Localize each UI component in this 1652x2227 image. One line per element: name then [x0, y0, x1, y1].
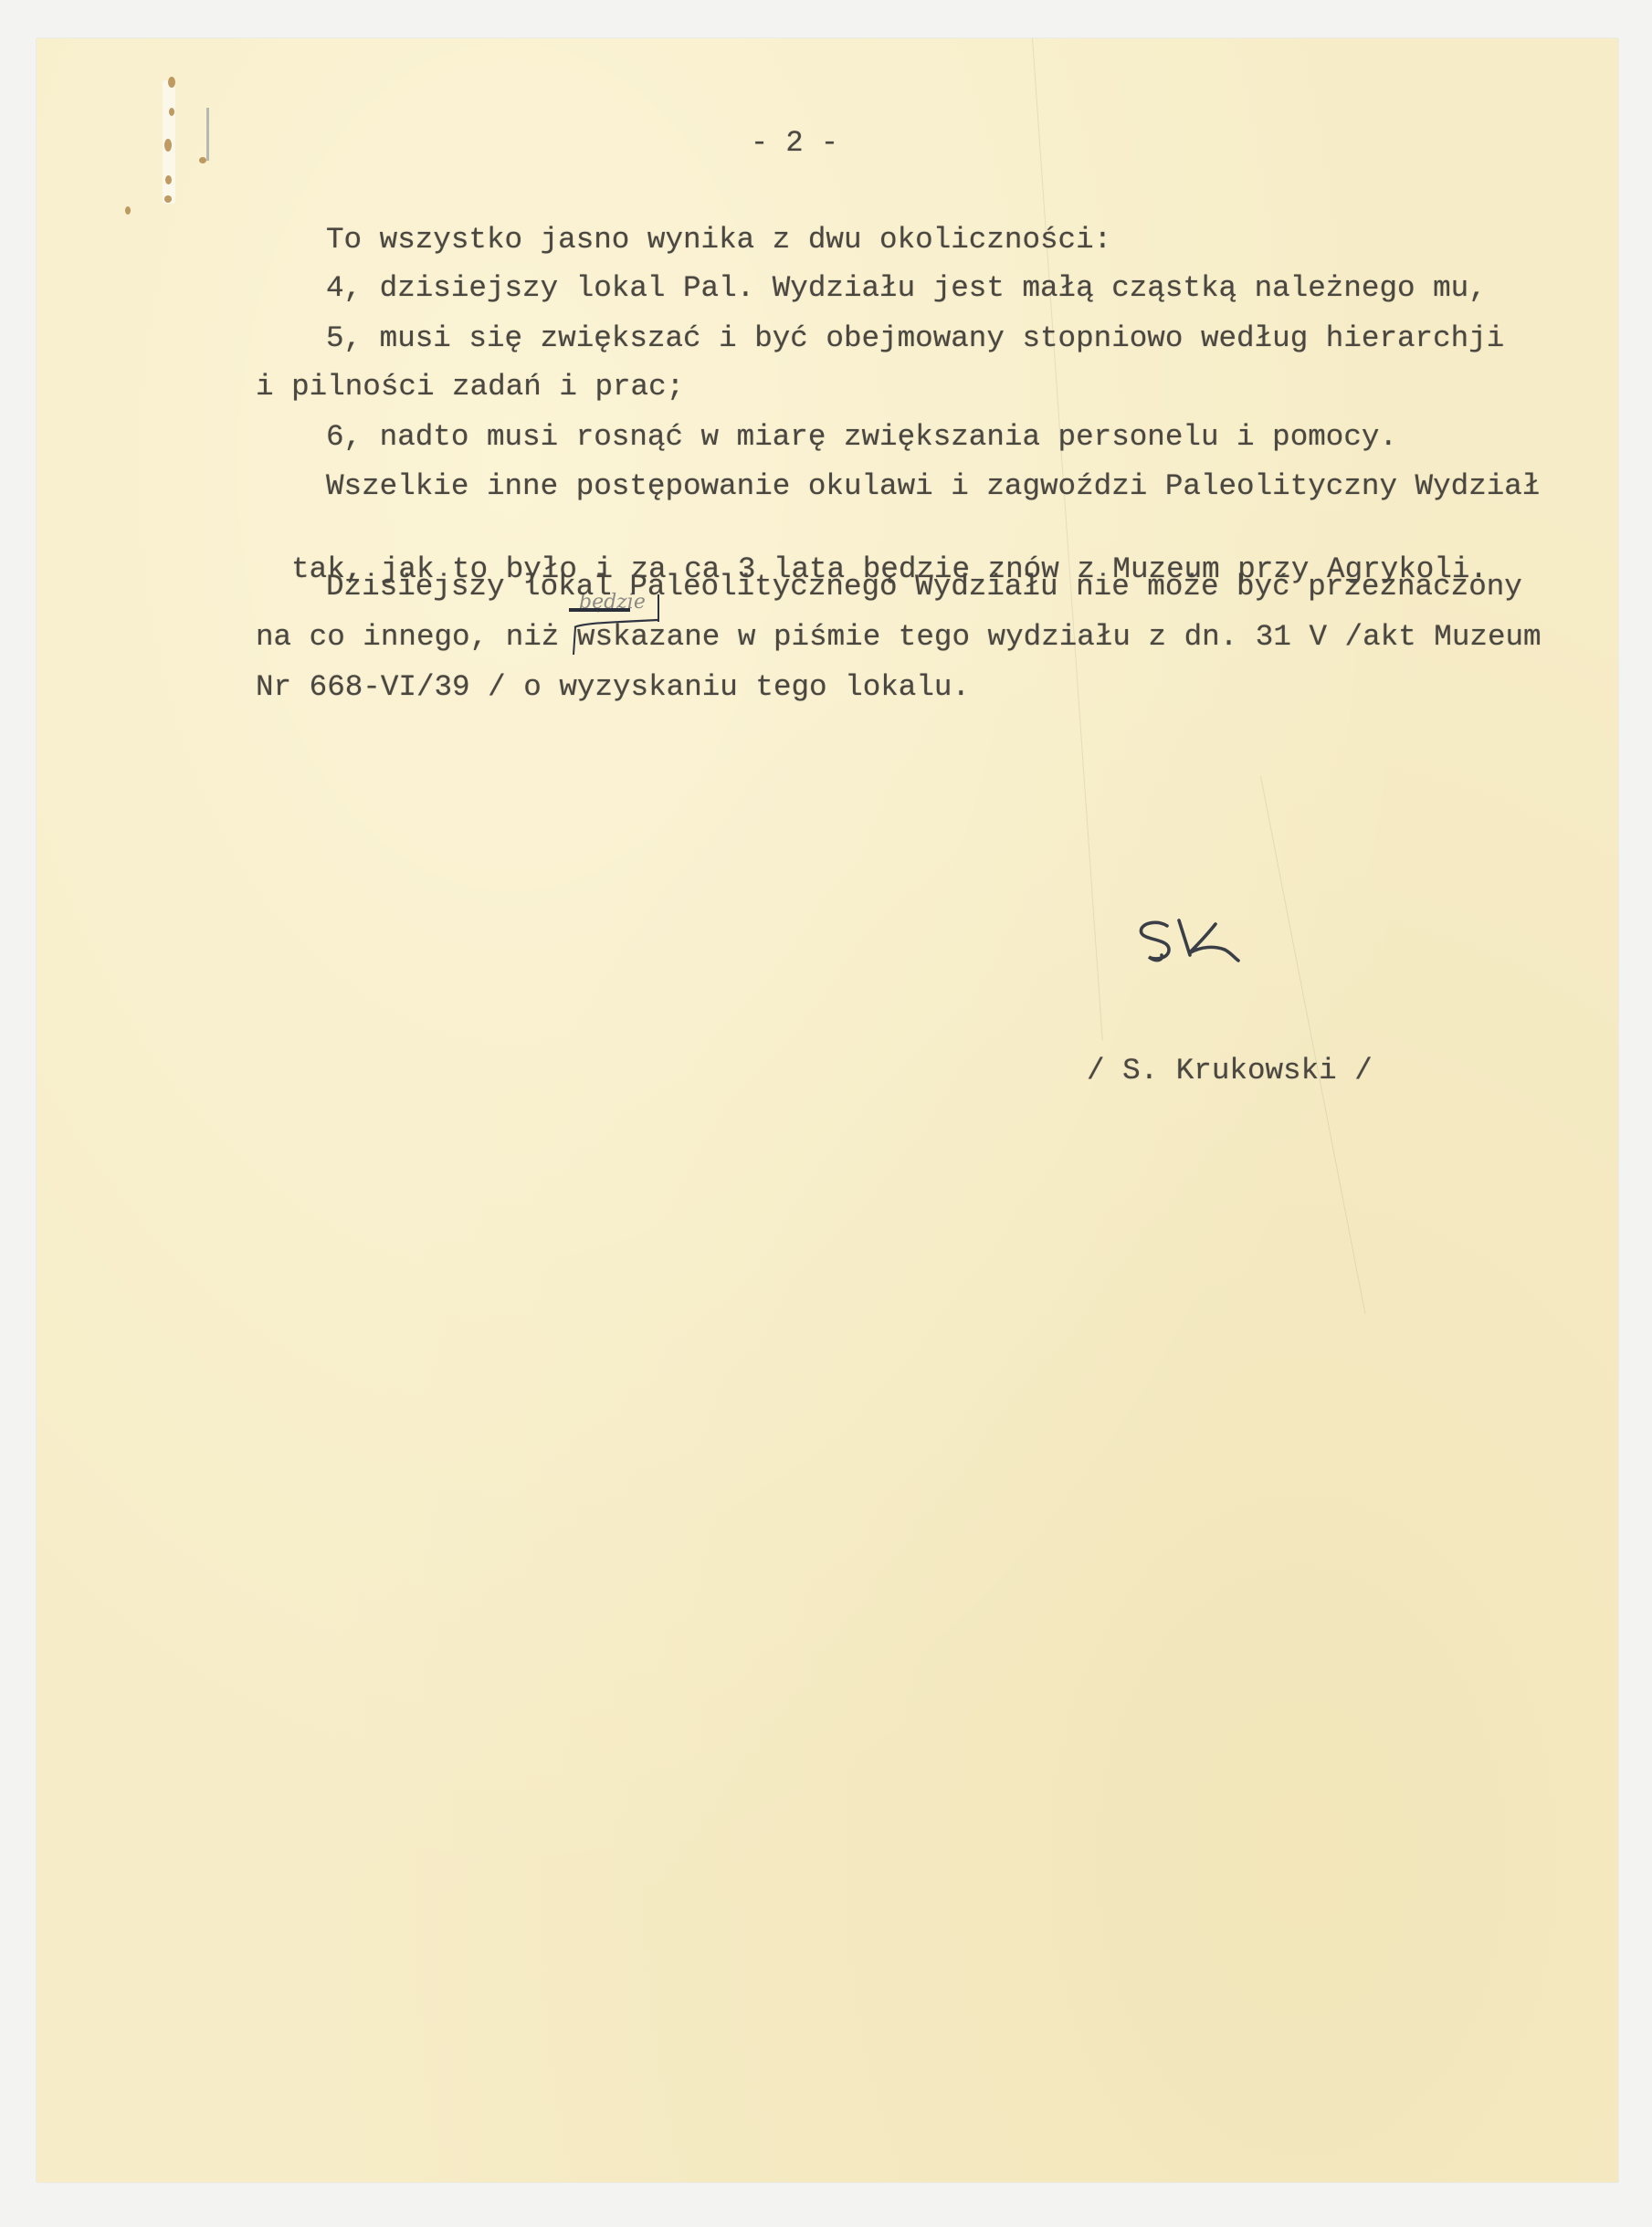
rust-mark: [165, 175, 172, 184]
handwritten-correction: będzie: [566, 589, 667, 655]
text-line: 4, dzisiejszy lokal Pal. Wydziału jest m…: [326, 272, 1487, 305]
text-line: Nr 668-VI/39 / o wyzyskaniu tego lokalu.: [256, 671, 970, 704]
rust-mark: [125, 206, 131, 215]
rust-mark: [164, 139, 172, 152]
rust-mark: [199, 157, 206, 163]
text-line: i pilności zadań i prac;: [256, 371, 684, 404]
rust-mark: [169, 108, 174, 116]
text-line: 5, musi się zwiększać i być obejmowany s…: [326, 322, 1504, 355]
handwritten-word-crossed-out: będzie: [579, 591, 646, 614]
signature: SK: [1136, 917, 1246, 968]
page-number: - 2 -: [751, 127, 838, 160]
text-line: na co innego, niż wskazane w piśmie tego…: [256, 621, 1542, 654]
text-line: To wszystko jasno wynika z dwu okoliczno…: [326, 224, 1111, 257]
rust-mark: [164, 195, 172, 203]
text-line: 6, nadto musi rosnąć w miarę zwiększania…: [326, 421, 1397, 454]
signature-initials-icon: [1136, 917, 1246, 968]
rust-mark: [168, 77, 175, 88]
staple-mark: [206, 108, 209, 161]
signatory-name: / S. Krukowski /: [1087, 1055, 1373, 1087]
text-line: Dzisiejszy lokal Paleolitycznego Wydział…: [326, 571, 1522, 604]
text-line: Wszelkie inne postępowanie okulawi i zag…: [326, 470, 1540, 503]
paper-sheet: [37, 38, 1618, 2182]
